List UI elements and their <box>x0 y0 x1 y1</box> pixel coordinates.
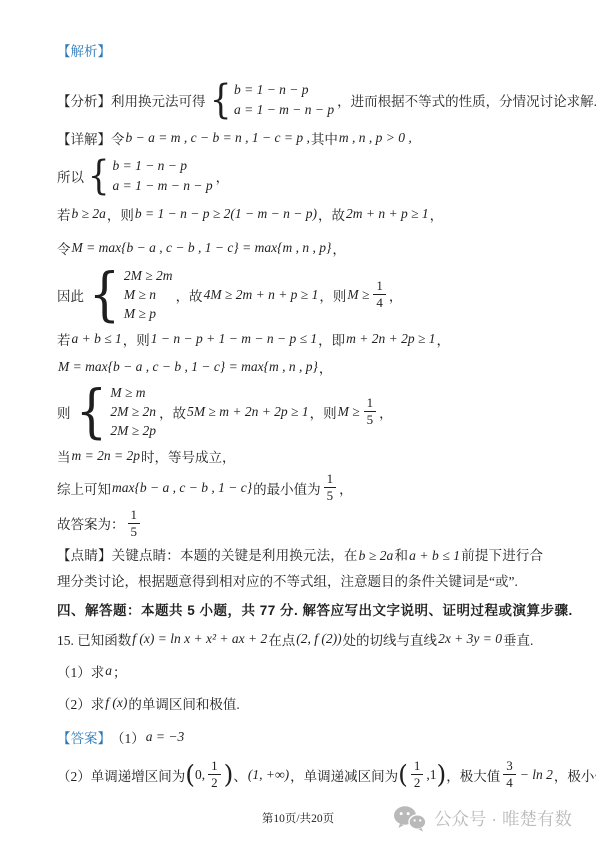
equation-system-ab: { b = 1 − n − p a = 1 − m − n − p <box>208 80 336 120</box>
math-text: f (x) <box>104 695 128 711</box>
cn-text: 令 <box>57 238 71 258</box>
fraction-denominator: 5 <box>327 488 334 503</box>
fraction-denominator: 5 <box>367 412 374 427</box>
cn-text: （1） <box>111 727 145 747</box>
cn-text: ， <box>389 285 403 305</box>
fenxi-pre-text: 利用换元法可得 <box>111 90 206 110</box>
big-paren-close: ) <box>224 762 234 787</box>
cn-text: ，极小值 <box>554 765 596 785</box>
system-row: b = 1 − n − p <box>233 80 310 100</box>
math-text: a <box>104 663 113 679</box>
equation-system-ab: { b = 1 − n − p a = 1 − m − n − p <box>86 156 214 196</box>
xiangjie-label: 【详解】 <box>57 128 111 148</box>
inequality-system-4M: { 2M ≥ 2m M ≥ n M ≥ p <box>86 266 174 323</box>
cn-text: 若 <box>57 204 71 224</box>
cn-text: ，故 <box>159 402 186 422</box>
fraction-one-fifth: 1 5 <box>364 396 377 428</box>
line-answer-1: 【答案】 （1） a = −3 <box>57 727 543 747</box>
system-rows: b = 1 − n − p a = 1 − m − n − p <box>111 156 213 196</box>
fraction-one-fifth: 1 5 <box>128 508 141 540</box>
left-brace-icon: { <box>89 267 120 322</box>
line-dianjing: 【点睛】关键点睛：本题的关键是利用换元法，在b ≥ 2a和a + b ≤ 1前提… <box>57 543 543 595</box>
fraction-denominator: 4 <box>506 775 513 790</box>
left-brace-icon: { <box>209 81 231 119</box>
cn-text: 、 <box>233 765 247 785</box>
cn-text: ， <box>379 402 393 422</box>
fraction-numerator: 3 <box>503 759 516 775</box>
system-row: a = 1 − m − n − p <box>233 100 335 120</box>
fraction-numerator: 1 <box>373 279 386 295</box>
system-rows: M ≥ m 2M ≥ 2n 2M ≥ 2p <box>109 383 157 440</box>
cn-text: ，极大值 <box>446 765 500 785</box>
line-part1: （1）求 a ； <box>57 661 543 681</box>
cn-text: 时，等号成立， <box>141 446 236 466</box>
math-text: m = 2n = 2p <box>71 448 141 464</box>
cn-text: 处的切线与直线 <box>343 629 438 649</box>
document-content: 【解析】 【分析】 利用换元法可得 { b = 1 − n − p a = 1 … <box>57 40 543 791</box>
cn-text: ， <box>430 204 444 224</box>
math-text: 2m + n + p ≥ 1 <box>345 206 430 222</box>
cn-text: ， <box>319 357 333 377</box>
cn-text: ， <box>437 329 451 349</box>
cn-text: 所以 <box>57 166 84 186</box>
math-text: f (x) = ln x + x² + ax + 2 <box>131 631 268 647</box>
inequality-system-5M: { M ≥ m 2M ≥ 2n 2M ≥ 2p <box>73 383 158 440</box>
cn-text: （1）求 <box>57 661 104 681</box>
system-rows: b = 1 − n − p a = 1 − m − n − p <box>233 80 335 120</box>
math-text: b = 1 − n − p ≥ 2(1 − m − n − p) <box>134 206 318 222</box>
dianjing-label: 【点睛】 <box>57 548 112 563</box>
big-paren-close: ) <box>437 762 447 787</box>
math-text: 2x + 3y = 0 <box>437 631 503 647</box>
section-header-jieda: 四、解答题：本题共 5 小题，共 77 分. 解答应写出文字说明、证明过程或演算… <box>57 599 543 619</box>
fraction-one-half: 1 2 <box>411 759 424 791</box>
fraction-numerator: 1 <box>128 508 141 524</box>
math-text: (2, f (2)) <box>295 631 342 647</box>
cn-text: 其中 <box>311 128 338 148</box>
cn-text: ，则 <box>319 285 346 305</box>
line-final-answer: 故答案为： 1 5 <box>57 508 543 540</box>
section-label-analysis: 【解析】 <box>57 40 543 60</box>
fraction-one-quarter: 1 4 <box>373 279 386 311</box>
math-text: b − a = m , c − b = n , 1 − c = p , <box>125 130 311 146</box>
math-text: M ≥ <box>346 287 370 303</box>
left-brace-icon: { <box>75 384 106 439</box>
cn-text: 的单调区间和极值. <box>128 693 239 713</box>
math-text: m , n , p > 0 , <box>338 130 413 146</box>
fraction-denominator: 2 <box>414 775 421 790</box>
system-rows: 2M ≥ 2m M ≥ n M ≥ p <box>123 266 174 323</box>
fraction-numerator: 1 <box>411 759 424 775</box>
cn-text: ，故 <box>318 204 345 224</box>
math-text: a + b ≤ 1 <box>408 548 461 563</box>
math-text: 1 − n − p + 1 − m − n − p ≤ 1 <box>150 331 318 347</box>
cn-text: ， <box>216 166 230 186</box>
big-paren-open: ( <box>398 762 408 787</box>
line-xiangjie: 【详解】 令 b − a = m , c − b = n , 1 − c = p… <box>57 128 543 148</box>
cn-text: ， <box>332 238 346 258</box>
line-case-b2a: 若 b ≥ 2a ，则 b = 1 − n − p ≥ 2(1 − m − n … <box>57 204 543 224</box>
fraction-denominator: 2 <box>211 775 218 790</box>
cn-text: ，则 <box>310 402 337 422</box>
math-text: b ≥ 2a <box>71 206 107 222</box>
page-number-text: 第10页/共20页 <box>262 813 334 825</box>
math-text: b ≥ 2a <box>358 548 395 563</box>
cn-text: ； <box>113 661 127 681</box>
cn-text: 关键点睛：本题的关键是利用换元法，在 <box>112 548 358 563</box>
line-question-15: 15. 已知函数 f (x) = ln x + x² + ax + 2 在点 (… <box>57 629 543 649</box>
line-part2: （2）求 f (x) 的单调区间和极值. <box>57 693 543 713</box>
fraction-one-fifth: 1 5 <box>324 472 337 504</box>
math-text: a = −3 <box>145 729 185 745</box>
math-text: M = max{b − a , c − b , 1 − c} = max{m ,… <box>57 359 319 375</box>
math-text: max{b − a , c − b , 1 − c} <box>111 480 253 496</box>
system-row: 2M ≥ 2p <box>109 421 157 440</box>
cn-text: 综上可知 <box>57 478 111 498</box>
jiexi-label: 【解析】 <box>57 40 111 60</box>
cn-text: ，则 <box>107 204 134 224</box>
math-text: − ln 2 <box>519 767 554 783</box>
fraction-three-quarters: 3 4 <box>503 759 516 791</box>
line-def-M: 令 M = max{b − a , c − b , 1 − c} = max{m… <box>57 238 543 258</box>
fraction-denominator: 4 <box>376 295 383 310</box>
cn-text: ，故 <box>176 285 203 305</box>
math-text: a + b ≤ 1 <box>71 331 123 347</box>
line-equality-condition: 当 m = 2n = 2p 时，等号成立， <box>57 446 543 466</box>
fraction-one-half: 1 2 <box>208 759 221 791</box>
math-text: 5M ≥ m + 2n + 2p ≥ 1 <box>186 404 310 420</box>
math-text: 4M ≥ 2m + n + p ≥ 1 <box>203 287 320 303</box>
section-header-text: 四、解答题：本题共 5 小题，共 77 分. 解答应写出文字说明、证明过程或演算… <box>57 599 573 619</box>
line-case-ab1: 若 a + b ≤ 1 ，则 1 − n − p + 1 − m − n − p… <box>57 329 543 349</box>
line-suoyi: 所以 { b = 1 − n − p a = 1 − m − n − p ， <box>57 156 543 196</box>
fraction-numerator: 1 <box>208 759 221 775</box>
fenxi-label: 【分析】 <box>57 90 111 110</box>
cn-text: 的最小值为 <box>253 478 321 498</box>
system-row: a = 1 − m − n − p <box>111 176 213 196</box>
line-fenxi: 【分析】 利用换元法可得 { b = 1 − n − p a = 1 − m −… <box>57 80 543 120</box>
math-text: M = max{b − a , c − b , 1 − c} = max{m ,… <box>71 240 333 256</box>
system-row: M ≥ p <box>123 304 157 323</box>
interval-0-half: ( 0, 1 2 ) <box>185 759 233 791</box>
cn-text: ，即 <box>318 329 345 349</box>
left-brace-icon: { <box>88 157 110 195</box>
cn-text: 和 <box>394 548 408 563</box>
cn-text: ，则 <box>123 329 150 349</box>
cn-text: 若 <box>57 329 71 349</box>
system-row: M ≥ n <box>123 285 157 304</box>
line-conclusion: 综上可知 max{b − a , c − b , 1 − c} 的最小值为 1 … <box>57 472 543 504</box>
math-text: M ≥ <box>337 404 361 420</box>
fenxi-post-text: ，进而根据不等式的性质，分情况讨论求解. <box>337 90 596 110</box>
line-answer-2: （2）单调递增区间为 ( 0, 1 2 ) 、 (1, +∞) ，单调递减区间为… <box>57 759 543 791</box>
cn-text: 因此 <box>57 285 84 305</box>
cn-text: 在点 <box>268 629 295 649</box>
cn-text: （2）求 <box>57 693 104 713</box>
line-yinci: 因此 { 2M ≥ 2m M ≥ n M ≥ p ，故 4M ≥ 2m + n … <box>57 266 543 323</box>
interval-half-1: ( 1 2 ,1 ) <box>398 759 446 791</box>
system-row: b = 1 − n − p <box>111 156 188 176</box>
system-row: M ≥ m <box>109 383 146 402</box>
fraction-numerator: 1 <box>324 472 337 488</box>
math-text: m + 2n + 2p ≥ 1 <box>345 331 436 347</box>
cn-text: 当 <box>57 446 71 466</box>
interval-value: 0, <box>195 767 205 783</box>
line-def-M2: M = max{b − a , c − b , 1 − c} = max{m ,… <box>57 357 543 377</box>
math-text: (1, +∞) <box>247 767 290 783</box>
line-ze: 则 { M ≥ m 2M ≥ 2n 2M ≥ 2p ，故 5M ≥ m + 2n… <box>57 383 543 440</box>
cn-text: （2）单调递增区间为 <box>57 765 185 785</box>
cn-text: ，单调递减区间为 <box>290 765 398 785</box>
watermark-text: 公众号 · 唯楚有数 <box>434 806 572 831</box>
cn-text: 垂直. <box>503 629 533 649</box>
big-paren-open: ( <box>185 762 195 787</box>
system-row: 2M ≥ 2m <box>123 266 174 285</box>
cn-text: 15. 已知函数 <box>57 629 131 649</box>
fraction-denominator: 5 <box>131 524 138 539</box>
wechat-icon <box>393 805 427 832</box>
cn-text: ， <box>339 478 353 498</box>
fraction-numerator: 1 <box>364 396 377 412</box>
interval-value: ,1 <box>426 767 436 783</box>
cn-text: 则 <box>57 402 71 422</box>
daan-label: 【答案】 <box>57 727 111 747</box>
watermark: 公众号 · 唯楚有数 <box>393 805 572 832</box>
cn-text: 故答案为： <box>57 513 125 533</box>
cn-text: 令 <box>111 128 125 148</box>
system-row: 2M ≥ 2n <box>109 402 157 421</box>
